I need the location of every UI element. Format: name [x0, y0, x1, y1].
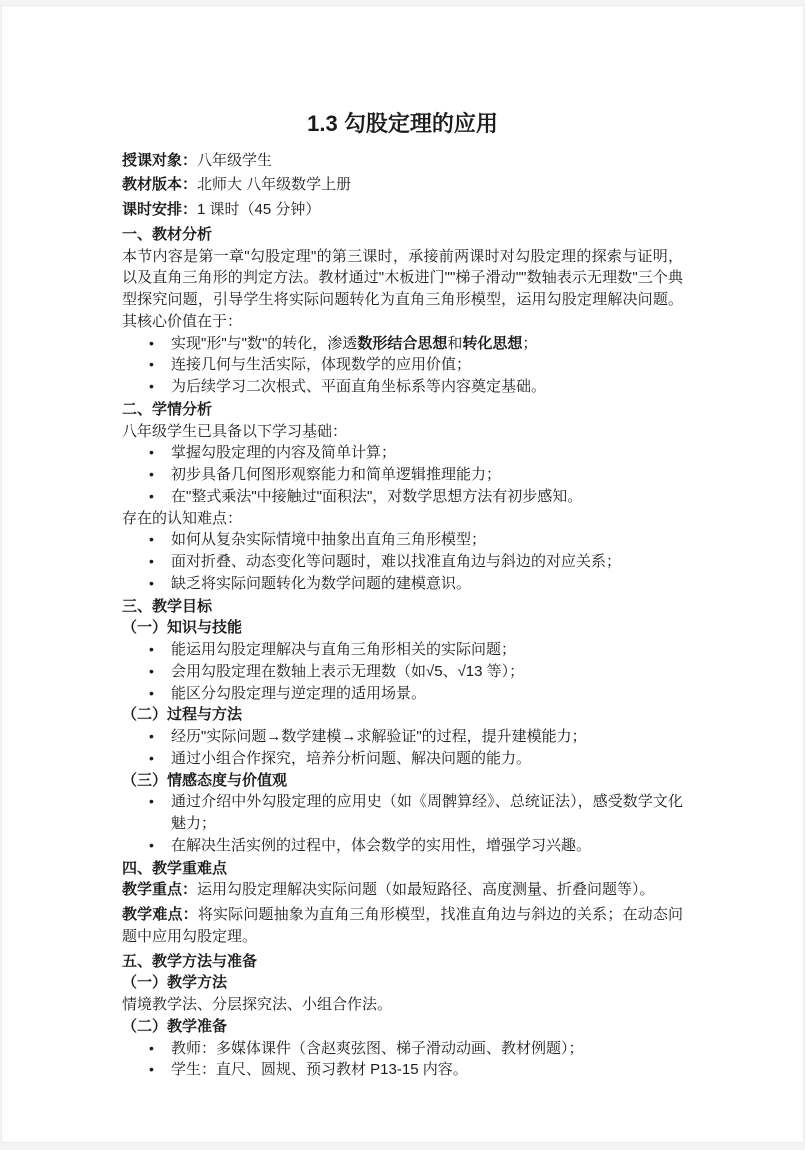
bullet-text: 面对折叠、动态变化等问题时，难以找准直角边与斜边的对应关系； [171, 551, 683, 573]
meta-line: 授课对象：八年级学生 [122, 150, 683, 172]
section-heading: 五、教学方法与准备 [122, 951, 683, 973]
bullet-item: •如何从复杂实际情境中抽象出直角三角形模型； [122, 529, 683, 551]
bullet-item: •通过介绍中外勾股定理的应用史（如《周髀算经》、总统证法），感受数学文化魅力； [122, 791, 683, 835]
bullet-icon: • [149, 333, 171, 355]
paragraph: 八年级学生已具备以下学习基础： [122, 421, 683, 443]
bold-text: 数形结合思想 [357, 335, 447, 352]
bullet-icon: • [149, 354, 171, 376]
section-heading: 一、教材分析 [122, 224, 683, 246]
bullet-text: 在"整式乘法"中接触过"面积法"，对数学思想方法有初步感知。 [171, 486, 683, 508]
text-run: ； [522, 335, 537, 352]
bullet-text: 教师：多媒体课件（含赵爽弦图、梯子滑动动画、教材例题）； [171, 1038, 683, 1060]
bullet-item: •通过小组合作探究，培养分析问题、解决问题的能力。 [122, 748, 683, 770]
bullet-text: 掌握勾股定理的内容及简单计算； [171, 442, 683, 464]
text-run: 实现"形"与"数"的转化，渗透 [171, 335, 357, 352]
bullet-icon: • [149, 639, 171, 661]
text-run: 和 [447, 335, 462, 352]
section-heading: 四、教学重难点 [122, 858, 683, 880]
sub-heading: （三）情感态度与价值观 [122, 770, 683, 792]
bullet-icon: • [149, 748, 171, 770]
paragraph: 情境教学法、分层探究法、小组合作法。 [122, 994, 683, 1016]
sub-heading: （二）过程与方法 [122, 704, 683, 726]
bullet-text: 能运用勾股定理解决与直角三角形相关的实际问题； [171, 639, 683, 661]
bullet-item: •学生：直尺、圆规、预习教材 P13-15 内容。 [122, 1059, 683, 1081]
document-viewer: 1.3 勾股定理的应用 授课对象：八年级学生教材版本：北师大 八年级数学上册课时… [0, 0, 805, 1150]
field-label: 教学重点： [122, 881, 197, 898]
document-page: 1.3 勾股定理的应用 授课对象：八年级学生教材版本：北师大 八年级数学上册课时… [1, 5, 804, 1143]
bullet-item: •会用勾股定理在数轴上表示无理数（如√5、√13 等）； [122, 661, 683, 683]
bullet-icon: • [149, 376, 171, 398]
bullet-icon: • [149, 791, 171, 835]
bullet-icon: • [149, 486, 171, 508]
bullet-text: 缺乏将实际问题转化为数学问题的建模意识。 [171, 573, 683, 595]
section-heading: 二、学情分析 [122, 399, 683, 421]
paragraph: 存在的认知难点： [122, 508, 683, 530]
bullet-text: 能区分勾股定理与逆定理的适用场景。 [171, 683, 683, 705]
bullet-text: 在解决生活实例的过程中，体会数学的实用性，增强学习兴趣。 [171, 835, 683, 857]
field-value: 1 课时（45 分钟） [197, 201, 320, 218]
sub-heading: （二）教学准备 [122, 1016, 683, 1038]
bullet-item: •在解决生活实例的过程中，体会数学的实用性，增强学习兴趣。 [122, 835, 683, 857]
bullet-text: 通过小组合作探究，培养分析问题、解决问题的能力。 [171, 748, 683, 770]
field-value: 八年级学生 [197, 152, 272, 169]
page-content: 1.3 勾股定理的应用 授课对象：八年级学生教材版本：北师大 八年级数学上册课时… [2, 6, 803, 1081]
bullet-item: •掌握勾股定理的内容及简单计算； [122, 442, 683, 464]
meta-line: 教材版本：北师大 八年级数学上册 [122, 174, 683, 196]
bullet-icon: • [149, 573, 171, 595]
meta-line: 课时安排：1 课时（45 分钟） [122, 199, 683, 221]
bullet-item: •面对折叠、动态变化等问题时，难以找准直角边与斜边的对应关系； [122, 551, 683, 573]
bullet-item: •实现"形"与"数"的转化，渗透数形结合思想和转化思想； [122, 333, 683, 355]
bullet-item: •在"整式乘法"中接触过"面积法"，对数学思想方法有初步感知。 [122, 486, 683, 508]
field-value: 将实际问题抽象为直角三角形模型，找准直角边与斜边的关系；在动态问题中应用勾股定理… [122, 906, 683, 945]
bullet-item: •为后续学习二次根式、平面直角坐标系等内容奠定基础。 [122, 376, 683, 398]
bullet-text: 通过介绍中外勾股定理的应用史（如《周髀算经》、总统证法），感受数学文化魅力； [171, 791, 683, 835]
bullet-text: 初步具备几何图形观察能力和简单逻辑推理能力； [171, 464, 683, 486]
bullet-text: 会用勾股定理在数轴上表示无理数（如√5、√13 等）； [171, 661, 683, 683]
field-label: 教材版本： [122, 176, 197, 193]
field-value: 运用勾股定理解决实际问题（如最短路径、高度测量、折叠问题等）。 [197, 881, 655, 898]
sub-heading: （一）知识与技能 [122, 617, 683, 639]
bullet-item: •教师：多媒体课件（含赵爽弦图、梯子滑动动画、教材例题）； [122, 1038, 683, 1060]
bullet-text: 经历"实际问题→数学建模→求解验证"的过程，提升建模能力； [171, 726, 683, 748]
bold-text: 转化思想 [462, 335, 522, 352]
field-label: 课时安排： [122, 201, 197, 218]
field-value: 北师大 八年级数学上册 [197, 176, 351, 193]
bullet-item: •能运用勾股定理解决与直角三角形相关的实际问题； [122, 639, 683, 661]
paragraph: 本节内容是第一章"勾股定理"的第三课时，承接前两课时对勾股定理的探索与证明，以及… [122, 246, 683, 333]
bullet-icon: • [149, 464, 171, 486]
bullet-icon: • [149, 835, 171, 857]
bullet-icon: • [149, 442, 171, 464]
sub-heading: （一）教学方法 [122, 972, 683, 994]
doc-body: 授课对象：八年级学生教材版本：北师大 八年级数学上册课时安排：1 课时（45 分… [122, 150, 683, 1082]
bullet-icon: • [149, 683, 171, 705]
doc-title: 1.3 勾股定理的应用 [122, 109, 683, 139]
bullet-text: 实现"形"与"数"的转化，渗透数形结合思想和转化思想； [171, 333, 683, 355]
bullet-icon: • [149, 1059, 171, 1081]
bullet-icon: • [149, 551, 171, 573]
section-heading: 三、教学目标 [122, 596, 683, 618]
bullet-item: •能区分勾股定理与逆定理的适用场景。 [122, 683, 683, 705]
meta-line: 教学重点：运用勾股定理解决实际问题（如最短路径、高度测量、折叠问题等）。 [122, 879, 683, 901]
bullet-icon: • [149, 1038, 171, 1060]
meta-line: 教学难点：将实际问题抽象为直角三角形模型，找准直角边与斜边的关系；在动态问题中应… [122, 904, 683, 948]
field-label: 教学难点： [122, 906, 198, 923]
bullet-text: 为后续学习二次根式、平面直角坐标系等内容奠定基础。 [171, 376, 683, 398]
bullet-text: 连接几何与生活实际，体现数学的应用价值； [171, 354, 683, 376]
bullet-text: 如何从复杂实际情境中抽象出直角三角形模型； [171, 529, 683, 551]
bullet-item: •缺乏将实际问题转化为数学问题的建模意识。 [122, 573, 683, 595]
field-label: 授课对象： [122, 152, 197, 169]
bullet-text: 学生：直尺、圆规、预习教材 P13-15 内容。 [171, 1059, 683, 1081]
bullet-item: •连接几何与生活实际，体现数学的应用价值； [122, 354, 683, 376]
bullet-item: •初步具备几何图形观察能力和简单逻辑推理能力； [122, 464, 683, 486]
bullet-icon: • [149, 661, 171, 683]
bullet-item: •经历"实际问题→数学建模→求解验证"的过程，提升建模能力； [122, 726, 683, 748]
bullet-icon: • [149, 726, 171, 748]
bullet-icon: • [149, 529, 171, 551]
